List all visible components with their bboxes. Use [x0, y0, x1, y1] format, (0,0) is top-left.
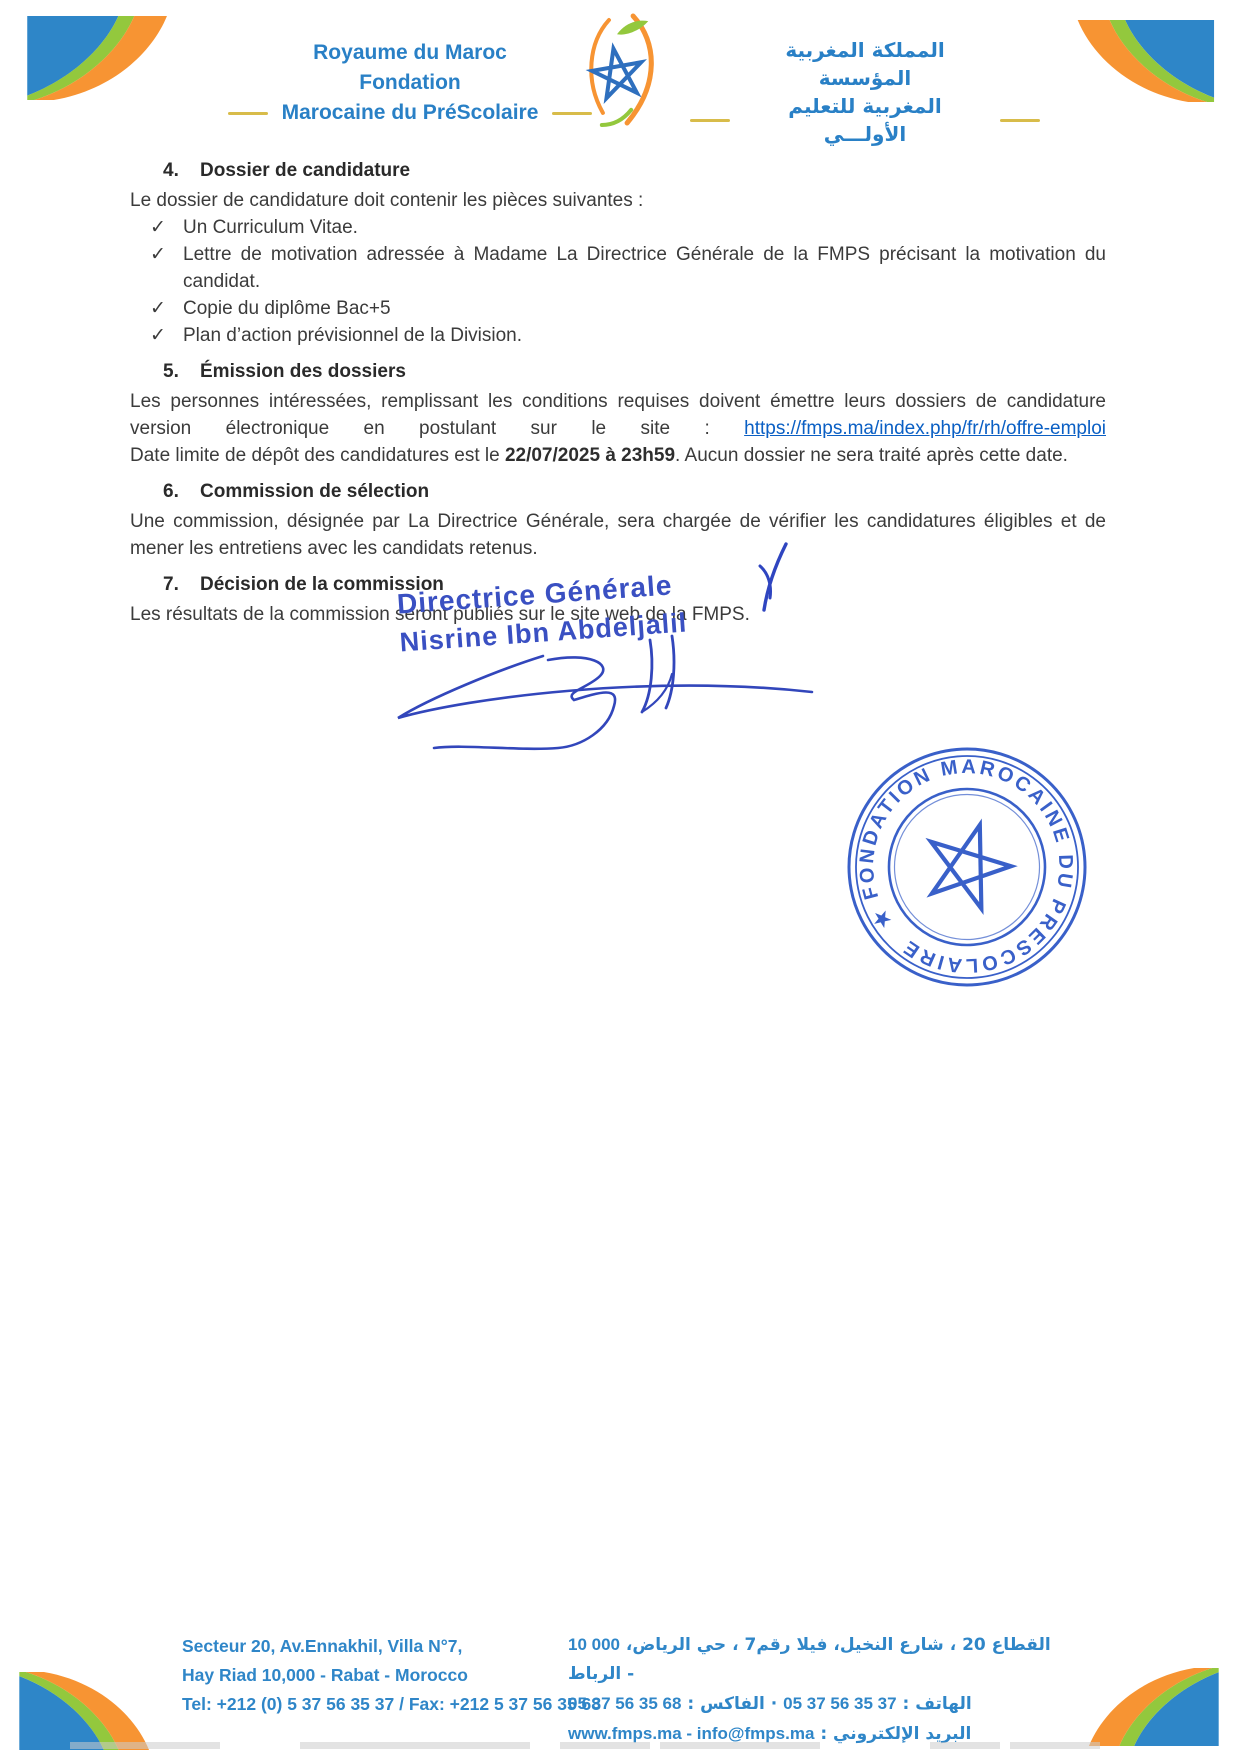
corner-swoosh-bottom-right [1078, 1668, 1228, 1746]
header-french: Royaume du Maroc Fondation Marocaine du … [210, 38, 610, 128]
footer-ar-separator: · [771, 1694, 777, 1714]
section-6-heading: 6. Commission de sélection [130, 478, 1106, 505]
scan-artifact [660, 1742, 820, 1749]
checklist-text: Plan d’action prévisionnel de la Divisio… [183, 322, 1106, 349]
checkmark-icon: ✓ [150, 322, 183, 349]
swoosh-graphic [1078, 1668, 1228, 1746]
section-5-heading: 5. Émission des dossiers [130, 358, 1106, 385]
scan-artifact [930, 1742, 1000, 1749]
checkmark-icon: ✓ [150, 241, 183, 268]
checkmark-icon: ✓ [150, 295, 183, 322]
section-number: 7. [163, 571, 200, 598]
section-number: 4. [163, 157, 200, 184]
section-5-line2-prefix: version électronique en postulant sur le… [130, 418, 710, 439]
corner-swoosh-top-right [1072, 20, 1218, 102]
section-5-line1: Les personnes intéressées, remplissant l… [130, 388, 1106, 415]
handwritten-paraph-mark [752, 540, 800, 612]
swoosh-graphic [10, 1672, 160, 1750]
footer-arabic: القطاع 20 ، شارع النخيل، فيلا رقم7 ، حي … [568, 1630, 1058, 1749]
section-6-line1: Une commission, désignée par La Directri… [130, 508, 1106, 535]
yellow-dash [1000, 119, 1040, 122]
footer-ar-phone: الهاتف : 05 37 56 35 37 · الفاكس : 05 37… [568, 1689, 1058, 1719]
scan-artifact [300, 1742, 530, 1749]
section-4-heading: 4. Dossier de candidature [130, 157, 1106, 184]
corner-swoosh-bottom-left [10, 1672, 160, 1750]
offre-emploi-link[interactable]: https://fmps.ma/index.php/fr/rh/offre-em… [744, 418, 1106, 439]
stamp-seal-icon: ★ FONDATION MAROCAINE DU PRESCOLAIRE [832, 732, 1103, 1003]
checklist-text: Un Curriculum Vitae. [183, 214, 1106, 241]
checklist-item: ✓ Copie du diplôme Bac+5 [130, 295, 1106, 322]
header-arabic: المملكة المغربية المؤسسة المغربية للتعلي… [690, 36, 1040, 148]
checklist-text: Lettre de motivation adressée à Madame L… [183, 241, 1106, 268]
swoosh-graphic [1072, 20, 1218, 102]
header-ar-line2: المؤسسة [690, 64, 1040, 92]
section-5-line2: version électronique en postulant sur le… [130, 415, 1106, 442]
section-6-line2: mener les entretiens avec les candidats … [130, 535, 1106, 562]
section-number: 6. [163, 478, 200, 505]
header-fr-line1: Royaume du Maroc [210, 38, 610, 68]
document-page: Royaume du Maroc Fondation Marocaine du … [0, 0, 1240, 1753]
swoosh-graphic [22, 16, 174, 100]
scan-artifact [70, 1742, 220, 1749]
fmps-round-stamp: ★ FONDATION MAROCAINE DU PRESCOLAIRE [832, 732, 1103, 1003]
yellow-dash [690, 119, 730, 122]
scan-artifact [560, 1742, 650, 1749]
signature-ink-icon [368, 618, 838, 758]
footer-ar-address: القطاع 20 ، شارع النخيل، فيلا رقم7 ، حي … [568, 1630, 1058, 1689]
header-fr-line2: Fondation [210, 68, 610, 98]
footer-ar-postcode: 10 000 [568, 1635, 620, 1654]
deadline-prefix: Date limite de dépôt des candidatures es… [130, 445, 505, 466]
header-ar-line1: المملكة المغربية [690, 36, 1040, 64]
scan-artifact [1010, 1742, 1100, 1749]
checklist-text: Copie du diplôme Bac+5 [183, 295, 1106, 322]
deadline-date: 22/07/2025 à 23h59 [505, 445, 675, 466]
section-title: Émission des dossiers [200, 358, 406, 385]
checklist-text-continued: candidat. [183, 268, 1106, 295]
document-body: 4. Dossier de candidature Le dossier de … [130, 148, 1106, 628]
header-fr-line3: Marocaine du PréScolaire [282, 98, 539, 128]
footer-ar-tel-label: الهاتف : [903, 1694, 972, 1714]
section-4-intro: Le dossier de candidature doit contenir … [130, 187, 1106, 214]
handwritten-signature [368, 618, 838, 758]
footer-ar-fax-label: الفاكس : [687, 1694, 764, 1714]
footer-ar-address-text: القطاع 20 ، شارع النخيل، فيلا رقم7 ، حي … [626, 1635, 1051, 1655]
corner-swoosh-top-left [22, 16, 174, 100]
deadline-suffix: . Aucun dossier ne sera traité après cet… [675, 445, 1068, 466]
footer-ar-email-label: البريد الإلكتروني : [820, 1724, 971, 1744]
stamp-star-icon [924, 819, 1016, 911]
fmps-logo [572, 12, 664, 128]
paraph-icon [752, 540, 800, 612]
checklist-item: ✓ Lettre de motivation adressée à Madame… [130, 241, 1106, 268]
checklist-item: ✓ Plan d’action prévisionnel de la Divis… [130, 322, 1106, 349]
footer-ar-fax-number: 05 37 56 35 68 [568, 1694, 681, 1713]
checklist-item: ✓ Un Curriculum Vitae. [130, 214, 1106, 241]
section-title: Dossier de candidature [200, 157, 410, 184]
footer-ar-city: - الرباط [568, 1664, 634, 1684]
checkmark-icon: ✓ [150, 214, 183, 241]
fmps-star-logo-icon [572, 12, 664, 128]
yellow-dash [228, 112, 268, 115]
footer-web-email: www.fmps.ma - info@fmps.ma [568, 1724, 814, 1743]
section-number: 5. [163, 358, 200, 385]
section-title: Commission de sélection [200, 478, 429, 505]
footer-ar-tel-number: 05 37 56 35 37 [783, 1694, 896, 1713]
section-5-line3: Date limite de dépôt des candidatures es… [130, 442, 1106, 469]
header-ar-line3: المغربية للتعليم الأولـــي [744, 92, 986, 148]
